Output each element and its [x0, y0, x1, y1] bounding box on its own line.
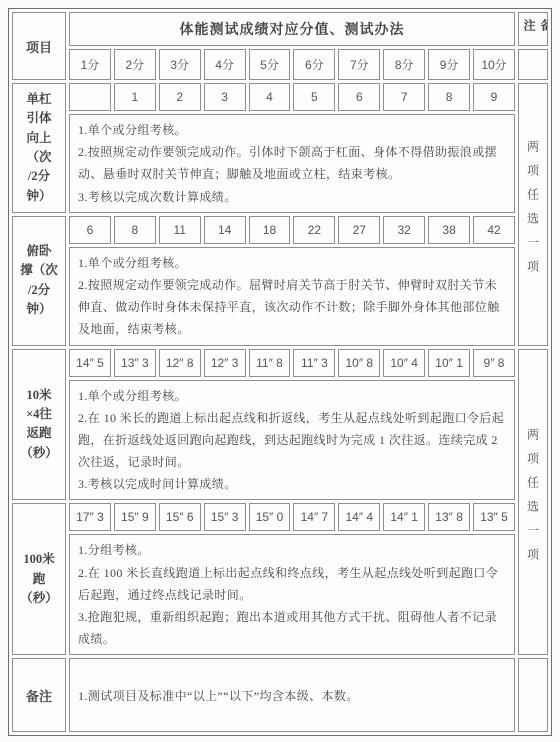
note-header-vertical-text: 备注: [521, 12, 548, 42]
push-ups-values-row: 俯卧 撑（次 /2分 钟） 6 8 11 14 18 22 27 32 38 4…: [12, 216, 548, 244]
score-value-cell: 11″ 3: [293, 349, 335, 377]
remarks-label: 备注: [12, 658, 66, 732]
score-value-cell: 22: [293, 216, 335, 244]
test-method-pull-ups: 1.单个或分组考核。 2.按照规定动作要领完成动作。引体时下颌高于杠面、身体不得…: [69, 114, 515, 213]
score-value-cell: 13″ 8: [428, 503, 470, 531]
score-value-cell: 6: [338, 83, 380, 111]
score-header-cell: 4分: [204, 49, 246, 80]
score-value-cell: 14″ 1: [383, 503, 425, 531]
remarks-row: 备注 1.测试项目及标准中“以上”“以下”均含本级、本数。: [12, 658, 548, 732]
score-value-cell: 10″ 8: [338, 349, 380, 377]
test-method-push-ups: 1.单个或分组考核。 2.按照规定动作要领完成动作。屈臂时肩关节高于肘关节、伸臂…: [69, 247, 515, 346]
remarks-text: 1.测试项目及标准中“以上”“以下”均含本级、本数。: [69, 658, 515, 732]
main-title-cell: 体能测试成绩对应分值、测试办法: [69, 12, 515, 46]
selection-note-strength: 两项任选一项: [518, 83, 548, 346]
fitness-test-score-table: 项目 体能测试成绩对应分值、测试办法 备注 1分 2分 3分 4分 5分 6分 …: [8, 8, 552, 736]
pull-ups-methods-row: 1.单个或分组考核。 2.按照规定动作要领完成动作。引体时下颌高于杠面、身体不得…: [12, 114, 548, 213]
row-label-pull-ups: 单杠 引体 向上 （次 /2分 钟）: [12, 83, 66, 213]
score-value-cell: 13″ 5: [473, 503, 515, 531]
score-value-cell: 18: [249, 216, 291, 244]
score-value-cell: 5: [293, 83, 335, 111]
selection-note-running: 两项任选一项: [518, 349, 548, 656]
score-header-cell: 1分: [69, 49, 111, 80]
push-ups-methods-row: 1.单个或分组考核。 2.按照规定动作要领完成动作。屈臂时肩关节高于肘关节、伸臂…: [12, 247, 548, 346]
header-row-scores: 1分 2分 3分 4分 5分 6分 7分 8分 9分 10分: [12, 49, 548, 80]
selection-note-vertical-text: 两项任选一项: [525, 140, 542, 284]
pull-ups-values-row: 单杠 引体 向上 （次 /2分 钟） 1 2 3 4 5 6 7 8 9 两项任…: [12, 83, 548, 111]
score-value-cell: 15″ 9: [114, 503, 156, 531]
header-row-1: 项目 体能测试成绩对应分值、测试办法 备注: [12, 12, 548, 46]
score-value-cell: 15″ 6: [159, 503, 201, 531]
selection-note-vertical-text: 两项任选一项: [525, 428, 542, 572]
row-label-push-ups: 俯卧 撑（次 /2分 钟）: [12, 216, 66, 346]
score-value-cell: 14″ 7: [293, 503, 335, 531]
score-value-cell: 11: [159, 216, 201, 244]
score-value-cell: [69, 83, 111, 111]
row-label-shuttle-run: 10米 ×4往 返跑 （秒）: [12, 349, 66, 501]
score-header-cell: 9分: [428, 49, 470, 80]
score-value-cell: 38: [428, 216, 470, 244]
score-value-cell: 14″ 4: [338, 503, 380, 531]
run-100m-values-row: 100米 跑 （秒） 17″ 3 15″ 9 15″ 6 15″ 3 15″ 0…: [12, 503, 548, 531]
score-value-cell: 10″ 1: [428, 349, 470, 377]
score-header-cell: 5分: [249, 49, 291, 80]
test-method-shuttle-run: 1.单个或分组考核。 2.在 10 米长的跑道上标出起点线和折返线，考生从起点线…: [69, 380, 515, 501]
score-value-cell: 2: [159, 83, 201, 111]
score-value-cell: 32: [383, 216, 425, 244]
note-column-header: 备注: [518, 12, 548, 46]
score-value-cell: 7: [383, 83, 425, 111]
score-value-cell: 17″ 3: [69, 503, 111, 531]
score-value-cell: 12″ 8: [159, 349, 201, 377]
score-value-cell: 8: [114, 216, 156, 244]
shuttle-run-values-row: 10米 ×4往 返跑 （秒） 14″ 5 13″ 3 12″ 8 12″ 3 1…: [12, 349, 548, 377]
score-header-cell: 2分: [114, 49, 156, 80]
score-value-cell: 3: [204, 83, 246, 111]
test-method-100m-run: 1.分组考核。 2.在 100 米长直线跑道上标出起点线和终点线，考生从起点线处…: [69, 534, 515, 655]
score-value-cell: 8: [428, 83, 470, 111]
score-value-cell: 42: [473, 216, 515, 244]
row-label-100m-run: 100米 跑 （秒）: [12, 503, 66, 655]
score-value-cell: 9″ 8: [473, 349, 515, 377]
empty-cell: [518, 49, 548, 80]
score-value-cell: 15″ 3: [204, 503, 246, 531]
project-column-header: 项目: [12, 12, 66, 80]
score-value-cell: 9: [473, 83, 515, 111]
score-value-cell: 27: [338, 216, 380, 244]
score-value-cell: 10″ 4: [383, 349, 425, 377]
score-header-cell: 6分: [293, 49, 335, 80]
score-header-cell: 8分: [383, 49, 425, 80]
score-value-cell: 4: [249, 83, 291, 111]
score-value-cell: 1: [114, 83, 156, 111]
score-value-cell: 6: [69, 216, 111, 244]
shuttle-run-methods-row: 1.单个或分组考核。 2.在 10 米长的跑道上标出起点线和折返线，考生从起点线…: [12, 380, 548, 501]
score-header-cell: 10分: [473, 49, 515, 80]
score-header-cell: 3分: [159, 49, 201, 80]
score-header-cell: 7分: [338, 49, 380, 80]
score-value-cell: 13″ 3: [114, 349, 156, 377]
score-value-cell: 14″ 5: [69, 349, 111, 377]
empty-cell: [518, 658, 548, 732]
score-value-cell: 15″ 0: [249, 503, 291, 531]
run-100m-methods-row: 1.分组考核。 2.在 100 米长直线跑道上标出起点线和终点线，考生从起点线处…: [12, 534, 548, 655]
score-value-cell: 14: [204, 216, 246, 244]
score-value-cell: 11″ 8: [249, 349, 291, 377]
score-value-cell: 12″ 3: [204, 349, 246, 377]
